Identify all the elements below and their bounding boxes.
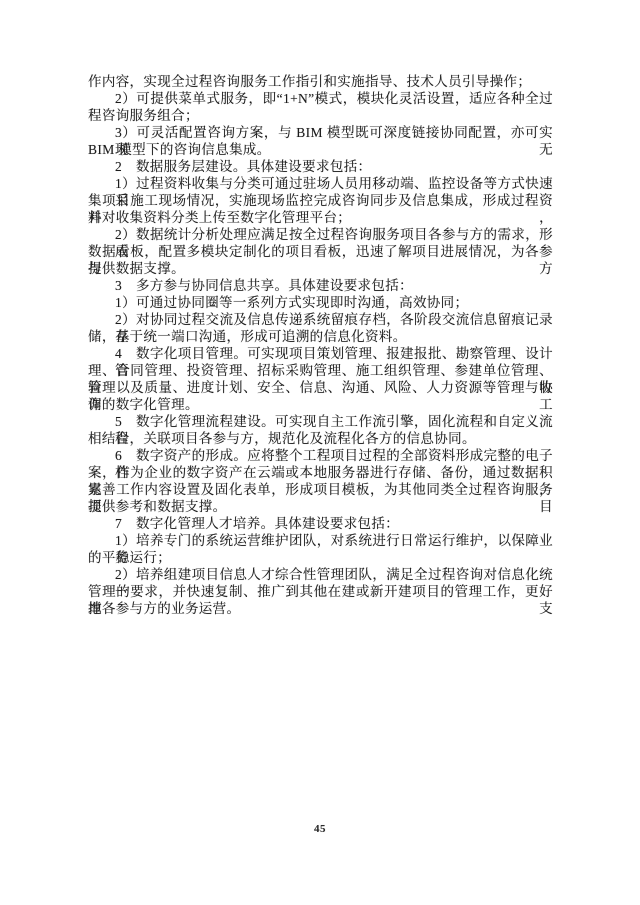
text-line: 2）数据统计分析处理应满足按全过程咨询服务项目各参与方的需求，形成 bbox=[88, 226, 553, 243]
page-number: 45 bbox=[0, 823, 640, 835]
text-line: 作内容，实现全过程咨询服务工作指引和实施指导、技术人员引导操作； bbox=[88, 73, 553, 90]
text-line: 2）对协同过程交流及信息传递系统留痕存档，各阶段交流信息留痕记录存 bbox=[88, 311, 553, 328]
text-line: 数据看板，配置多模块定制化的项目看板，迅速了解项目进展情况，为各参与方 bbox=[88, 243, 553, 260]
text-line: 2）培养组建项目信息人才综合性管理团队，满足全过程咨询对信息化统一 bbox=[88, 566, 553, 583]
text-line: 的平稳运行； bbox=[88, 549, 553, 566]
text-line: 3）可灵活配置咨询方案，与 BIM 模型既可深度链接协同配置，亦可实现无 bbox=[88, 124, 553, 141]
text-line: 理、合同管理、投资管理、招标采购管理、施工组织管理、参建单位管理、验收 bbox=[88, 362, 553, 379]
text-line: 1）培养专门的系统运营维护团队，对系统进行日常运行维护，以保障业务 bbox=[88, 532, 553, 549]
text-line: 程咨询服务组合； bbox=[88, 107, 553, 124]
text-line: 4 数字化项目管理。可实现项目策划管理、报建报批、勘察管理、设计管 bbox=[88, 345, 553, 362]
text-line: 3 多方参与协同信息共享。具体建设要求包括： bbox=[88, 277, 553, 294]
text-line: 7 数字化管理人才培养。具体建设要求包括： bbox=[88, 515, 553, 532]
text-line: 6 数字资产的形成。应将整个工程项目过程的全部资料形成完整的电子档 bbox=[88, 447, 553, 464]
text-line: 2 数据服务层建设。具体建设要求包括： bbox=[88, 158, 553, 175]
text-line: 1）可通过协同圈等一系列方式实现即时沟通，高效协同； bbox=[88, 294, 553, 311]
text-line: 1）过程资料收集与分类可通过驻场人员用移动端、监控设备等方式快速采 bbox=[88, 175, 553, 192]
text-line: 相结合，关联项目各参与方，规范化及流程化各方的信息协同。 bbox=[88, 430, 553, 447]
document-page: 作内容，实现全过程咨询服务工作指引和实施指导、技术人员引导操作；2）可提供菜单式… bbox=[0, 0, 640, 905]
text-line: 2）可提供菜单式服务，即“1+N”模式，模块化灵活设置，适应各种全过 bbox=[88, 90, 553, 107]
body-text: 作内容，实现全过程咨询服务工作指引和实施指导、技术人员引导操作；2）可提供菜单式… bbox=[88, 73, 553, 617]
text-line: 管理的要求，并快速复制、推广到其他在建或新开建项目的管理工作，更好地支 bbox=[88, 583, 553, 600]
text-line: 集项目施工现场情况，实施现场监控完成咨询同步及信息集成，形成过程资料， bbox=[88, 192, 553, 209]
text-line: 案，作为企业的数字资产在云端或本地服务器进行存储、备份，通过数据积累， bbox=[88, 464, 553, 481]
text-line: 储，基于统一端口沟通，形成可追溯的信息化资料。 bbox=[88, 328, 553, 345]
text-line: 5 数字化管理流程建设。可实现自主工作流引擎，固化流程和自定义流程 bbox=[88, 413, 553, 430]
text-line: 管理以及质量、进度计划、安全、信息、沟通、风险、人力资源等管理与协调工 bbox=[88, 379, 553, 396]
text-line: 完善工作内容设置及固化表单，形成项目模板，为其他同类全过程咨询服务项目 bbox=[88, 481, 553, 498]
